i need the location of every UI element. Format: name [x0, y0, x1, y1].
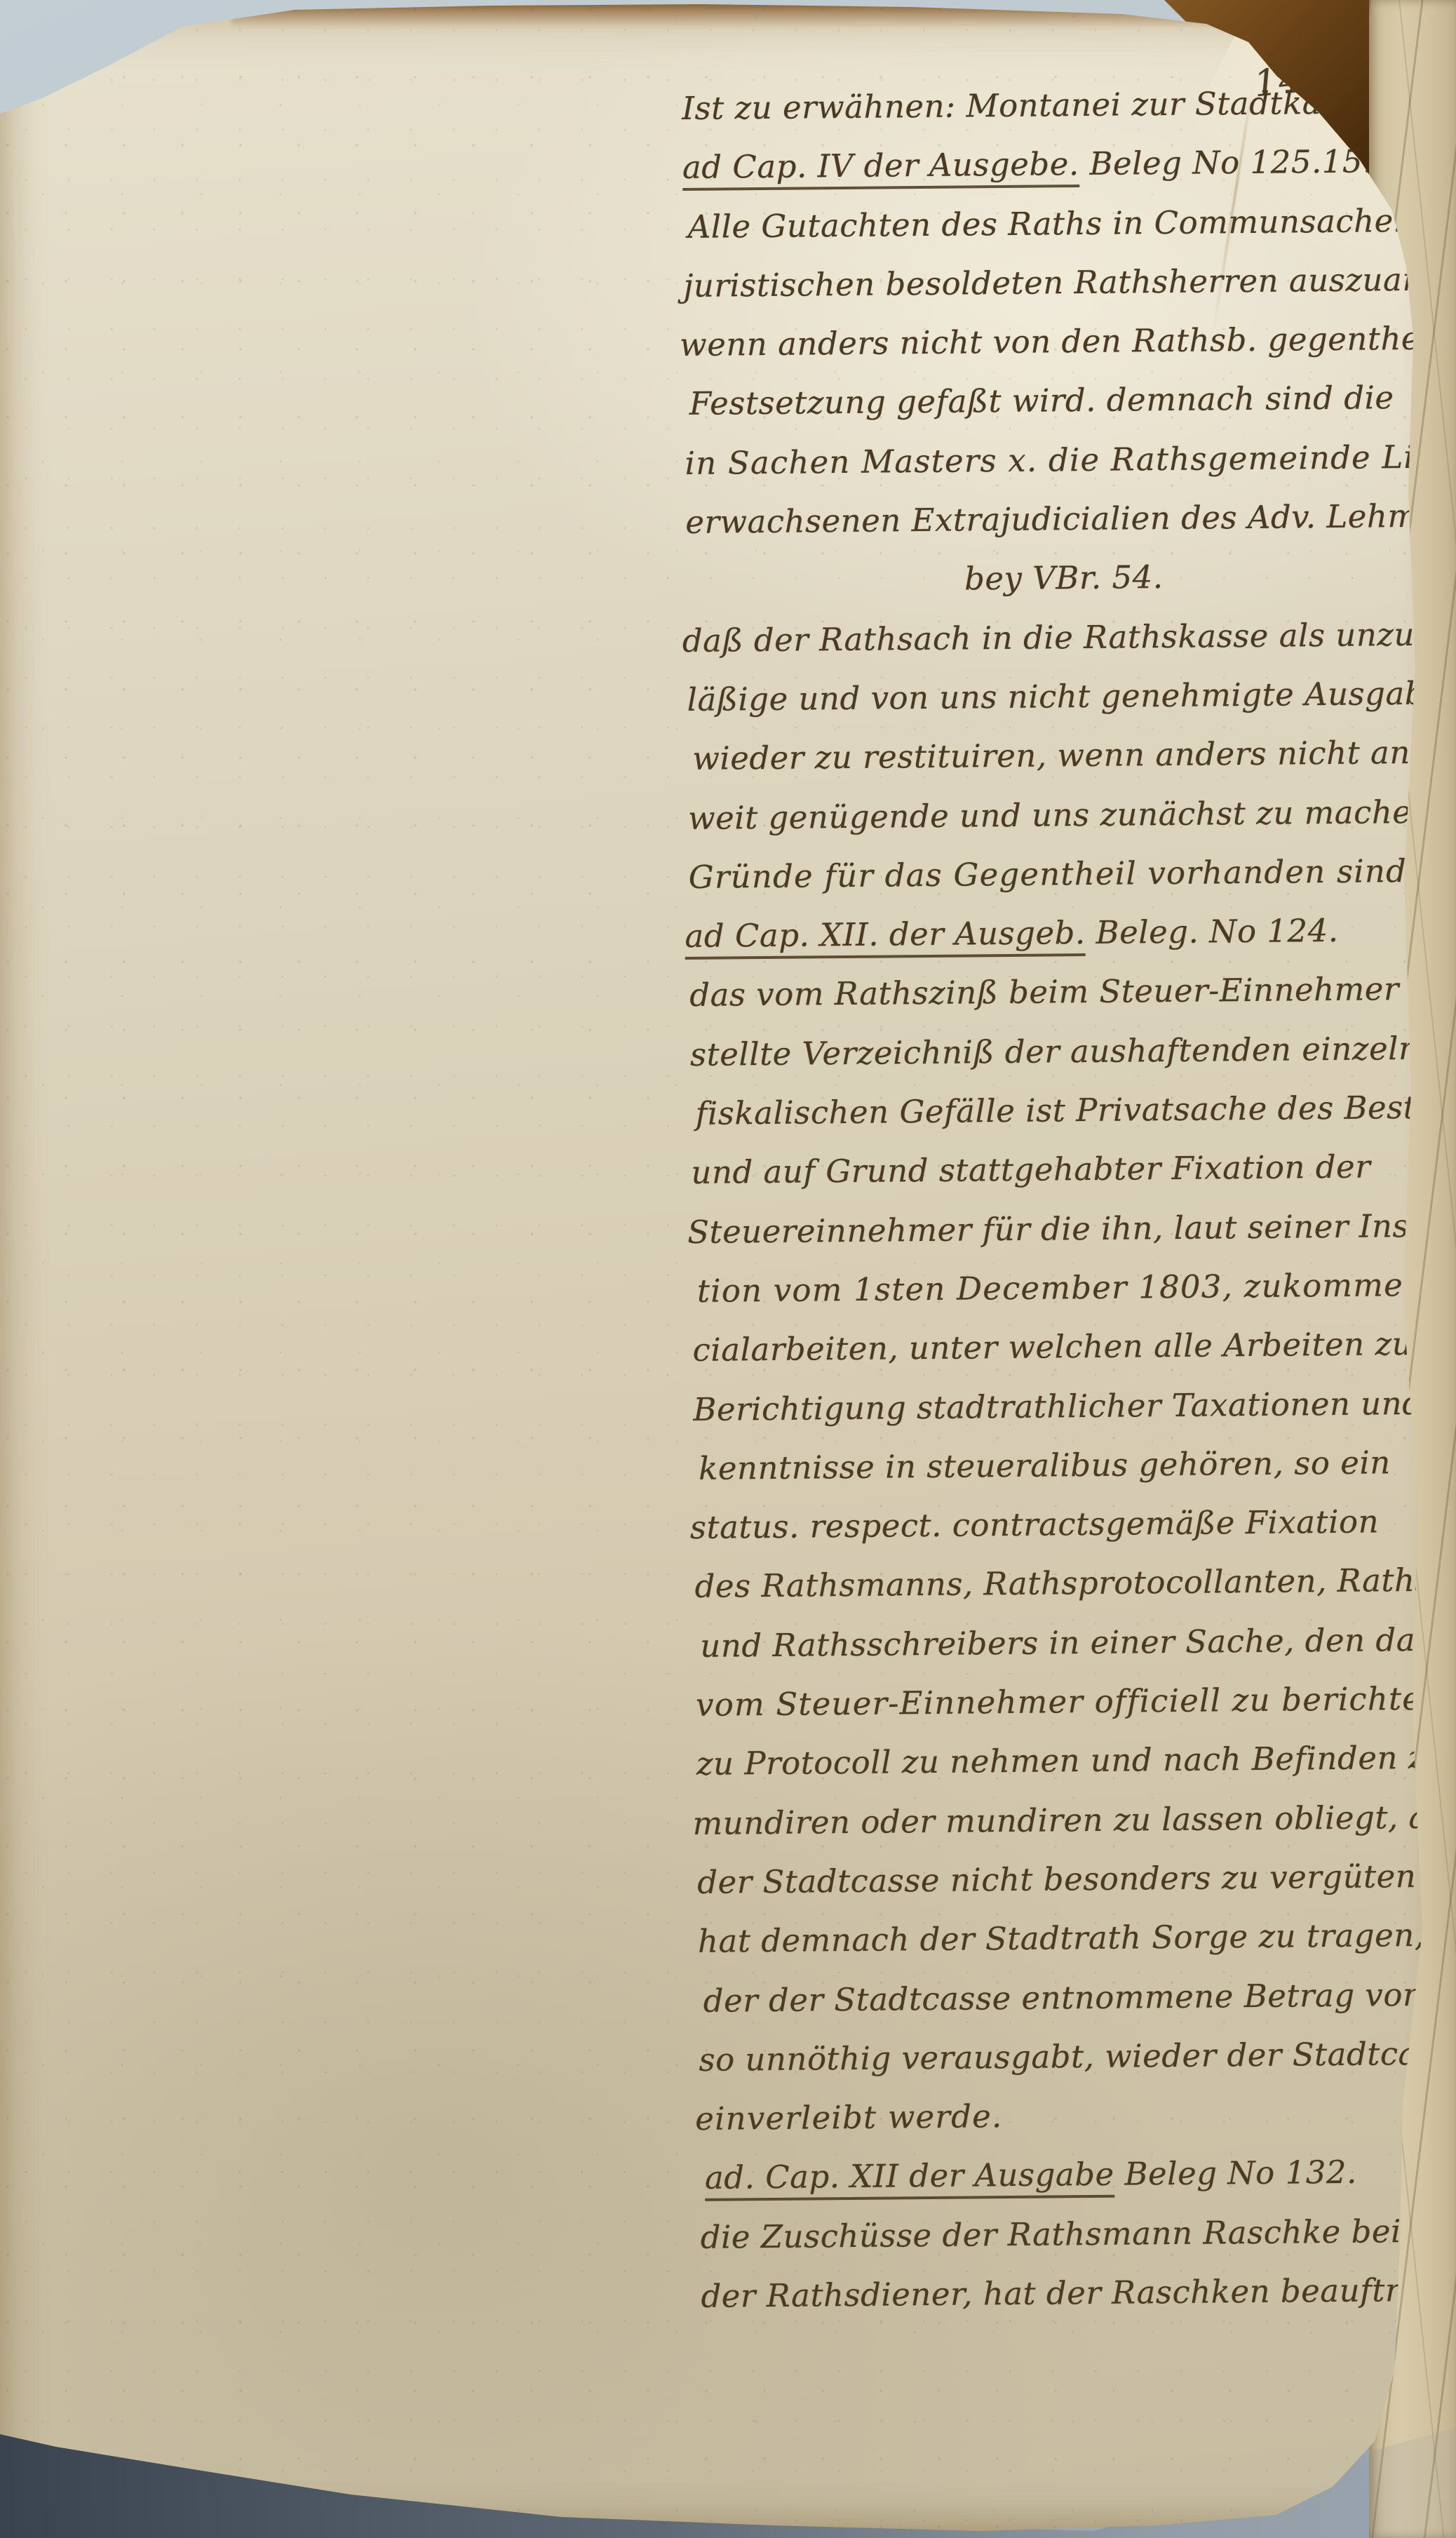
manuscript-line: des Rathsmanns, Rathsprotocollanten, Rat…	[694, 1562, 1403, 1627]
manuscript-line: Alle Gutachten des Raths in Communsachen…	[687, 202, 1391, 267]
manuscript-line: juristischen besoldeten Rathsherren ausz…	[683, 261, 1392, 326]
manuscript-line: zu Protocoll zu nehmen und nach Befinden…	[696, 1739, 1406, 1804]
manuscript-line: und Rathsschreibers in einer Sache, den …	[700, 1621, 1404, 1686]
manuscript-line: Gründe für das Gegentheil vorhanden sind…	[689, 852, 1398, 918]
manuscript-line: erwachsenen Extrajudicialien des Adv. Le…	[685, 497, 1394, 563]
heading-rest: Beleg. No 124.	[1085, 912, 1338, 951]
heading-underlined: ad Cap. IV der Ausgebe.	[682, 145, 1079, 191]
manuscript-line: wenn anders nicht von den Rathsb. gegent…	[680, 320, 1393, 385]
manuscript-photo: 14. Ist zu erwähnen: Montanei zur Stadtk…	[0, 0, 1456, 2538]
manuscript-line: das vom Rathszinß beim Steuer-Einnehmer …	[689, 971, 1398, 1036]
manuscript-line: cialarbeiten, unter welchen alle Arbeite…	[692, 1325, 1401, 1390]
manuscript-line: ad. Cap. XII der Ausgabe Beleg No 132.	[705, 2153, 1409, 2218]
manuscript-line: tion vom 1sten December 1803, zukommende…	[697, 1266, 1401, 1331]
manuscript-line: weit genügende und uns zunächst zu mache…	[688, 793, 1397, 859]
manuscript-line: mundiren oder mundiren zu lassen obliegt…	[692, 1799, 1406, 1864]
heading-rest: Beleg No 125.15.	[1079, 143, 1373, 183]
manuscript-line: ad Cap. XII. der Ausgeb. Beleg. No 124.	[685, 911, 1398, 976]
manuscript-line: stellte Verzeichniß der aushaftenden ein…	[690, 1030, 1399, 1095]
handwritten-text: Ist zu erwähnen: Montanei zur Stadtkasse…	[682, 83, 1410, 2337]
manuscript-line: fiskalischen Gefälle ist Privatsache des…	[696, 1089, 1400, 1154]
manuscript-line: und auf Grund stattgehabter Fixation der	[691, 1148, 1400, 1213]
manuscript-line: einverleibt werde.	[695, 2094, 1408, 2159]
manuscript-line: Berichtigung stadtrathlicher Taxationen …	[693, 1385, 1402, 1450]
manuscript-line: vom Steuer-Einnehmer officiell zu berich…	[696, 1680, 1405, 1745]
manuscript-line: ad Cap. IV der Ausgebe. Beleg No 125.15.	[682, 142, 1391, 208]
manuscript-line: die Zuschüsse der Rathsmann Raschke bei …	[700, 2213, 1409, 2278]
manuscript-line: Steuereinnehmer für die ihn, laut seiner…	[687, 1207, 1401, 1273]
manuscript-line: so unnöthig verausgabt, wieder der Stadt…	[699, 2035, 1408, 2100]
manuscript-line: in Sachen Masters x. die Rathsgemeinde L…	[685, 438, 1394, 504]
manuscript-line: kenntnisse in steueralibus gehören, so e…	[699, 1444, 1403, 1509]
manuscript-line: bey VBr. 54.	[691, 557, 1395, 622]
manuscript-line: wieder zu restituiren, wenn anders nicht…	[692, 734, 1396, 799]
manuscript-line: daß der Rathsach in die Rathskasse als u…	[682, 616, 1396, 681]
manuscript-line: status. respect. contractsgemäße Fixatio…	[690, 1503, 1403, 1568]
manuscript-page: 14. Ist zu erwähnen: Montanei zur Stadtk…	[0, 0, 1456, 2538]
manuscript-line: läßige und von uns nicht genehmigte Ausg…	[687, 675, 1396, 740]
manuscript-line: hat demnach der Stadtrath Sorge zu trage…	[698, 1916, 1407, 1982]
manuscript-line: der Rathsdiener, hat der Raschken beauft…	[701, 2271, 1410, 2337]
manuscript-line: der Stadtcasse nicht besonders zu vergüt…	[697, 1858, 1406, 1923]
manuscript-line: Ist zu erwähnen: Montanei zur Stadtkasse…	[682, 83, 1391, 149]
manuscript-line: der der Stadtcasse entnommene Betrag von…	[703, 1976, 1408, 2041]
heading-underlined: ad. Cap. XII der Ausgabe	[705, 2156, 1114, 2201]
heading-rest: Beleg No 132.	[1114, 2154, 1357, 2193]
manuscript-line: Festsetzung gefaßt wird. demnach sind di…	[689, 380, 1394, 445]
heading-underlined: ad Cap. XII. der Ausgeb.	[685, 914, 1086, 960]
